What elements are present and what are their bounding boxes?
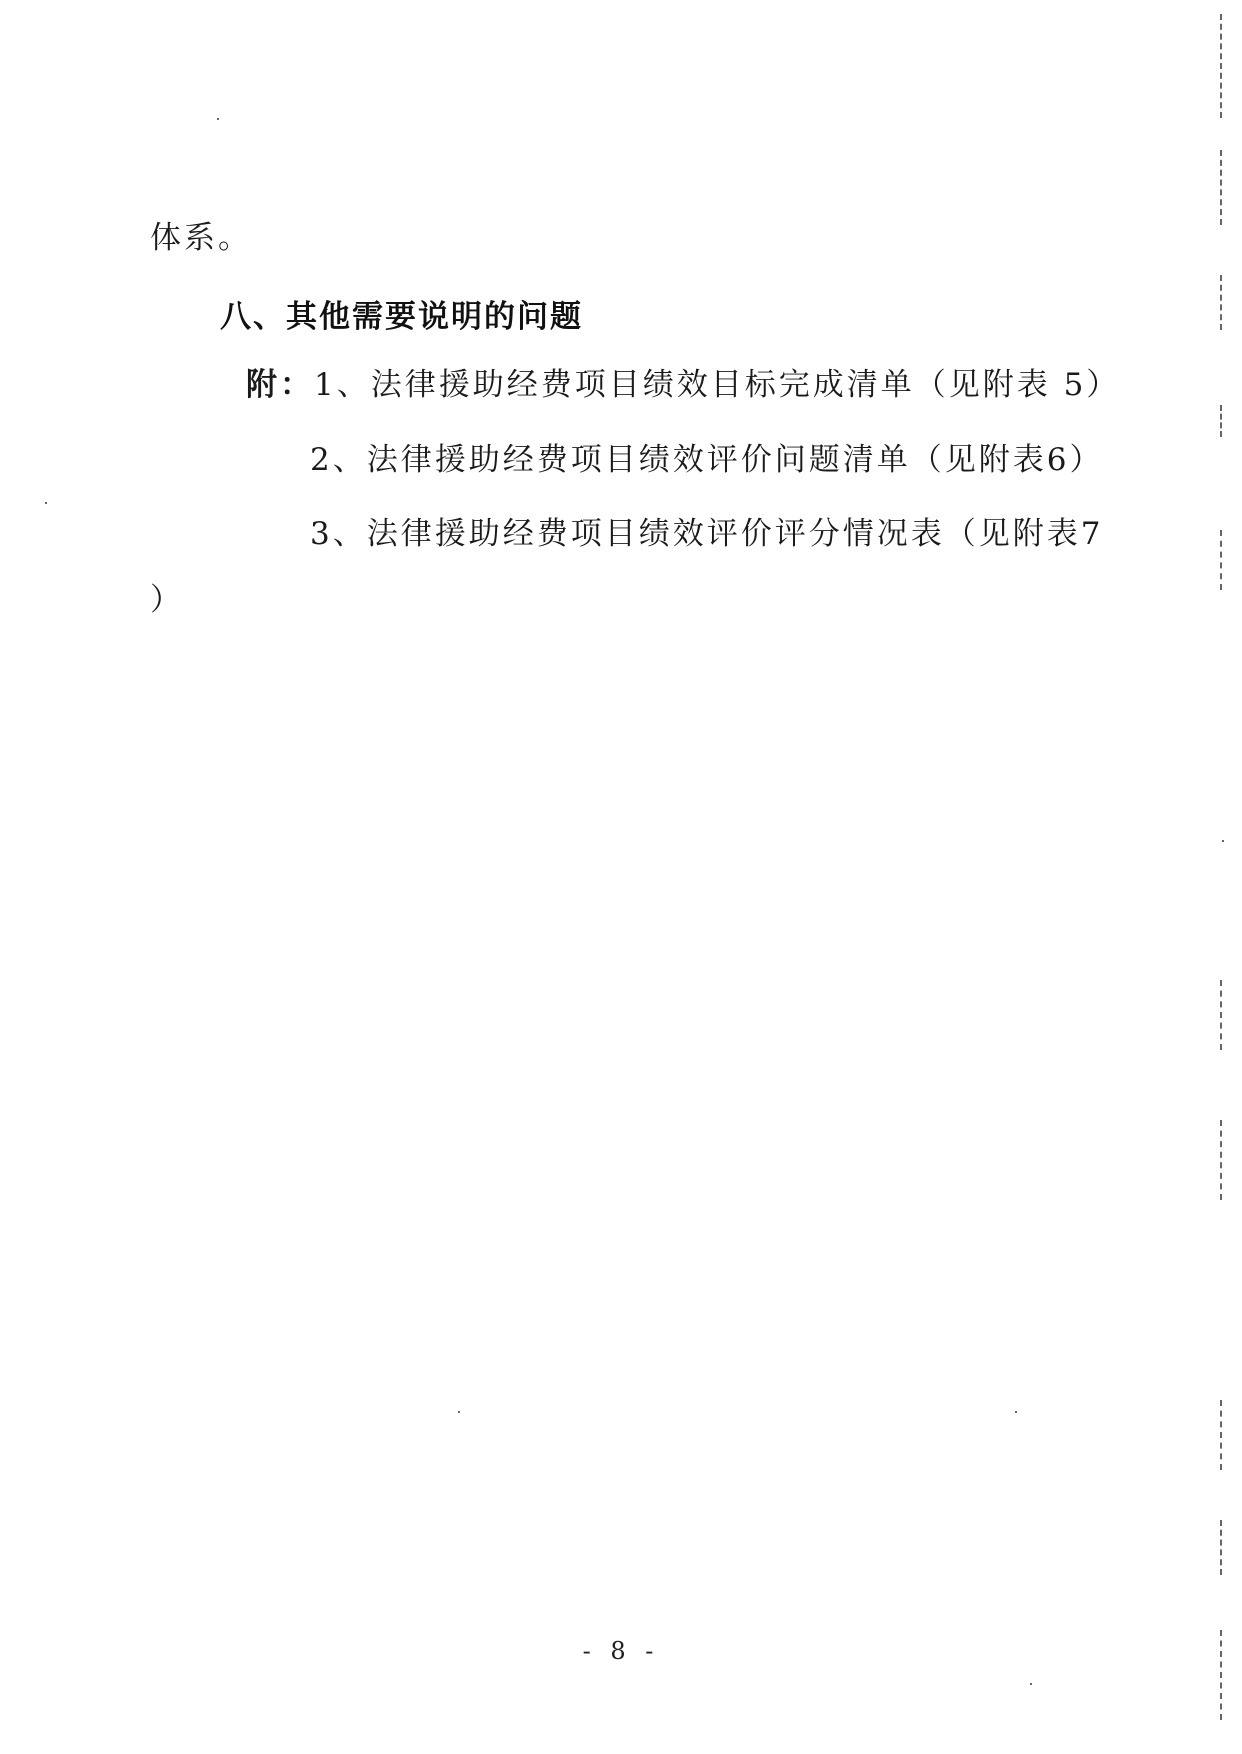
attachment-prefix: 附：: [246, 367, 314, 403]
scan-edge-mark: [1220, 14, 1222, 118]
scan-speck: [458, 1411, 460, 1413]
scan-speck: [1015, 1411, 1017, 1413]
attachment-item-1: 附：1、法律援助经费项目绩效目标完成清单（见附表 5）: [246, 365, 1120, 405]
page-number: - 8 -: [0, 1637, 1242, 1665]
scan-speck: [1030, 1683, 1032, 1685]
attachment-item-3: 3、法律援助经费项目绩效评价评分情况表（见附表7: [310, 514, 1103, 554]
attachment-item-2: 2、法律援助经费项目绩效评价问题清单（见附表6）: [310, 440, 1103, 480]
scan-speck: [217, 118, 219, 120]
continuation-text: 体系。: [150, 218, 252, 258]
attachment-item-label: 1、法律援助经费项目绩效目标完成清单（见附表 5）: [314, 367, 1120, 403]
section-heading: 八、其他需要说明的问题: [220, 297, 583, 337]
scan-speck: [1222, 840, 1224, 842]
scan-edge-mark: [1220, 1120, 1222, 1200]
document-page: 体系。 八、其他需要说明的问题 附：1、法律援助经费项目绩效目标完成清单（见附表…: [0, 0, 1242, 1754]
attachment-wrap-tail: ）: [150, 580, 184, 620]
scan-edge-mark: [1220, 275, 1222, 330]
scan-edge-mark: [1220, 1520, 1222, 1575]
scan-edge-mark: [1220, 530, 1222, 590]
scan-edge-mark: [1220, 980, 1222, 1050]
scan-edge-mark: [1220, 1400, 1222, 1470]
scan-edge-mark: [1220, 1630, 1222, 1720]
scan-edge-mark: [1220, 150, 1222, 225]
scan-speck: [45, 502, 47, 504]
scan-edge-mark: [1220, 405, 1222, 437]
